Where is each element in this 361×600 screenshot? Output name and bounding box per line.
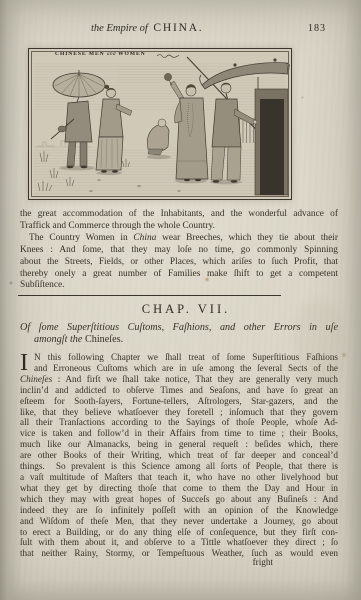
- text-line: and Wiſdom of theſe Men, that they never…: [20, 516, 338, 527]
- text-line: ſult with them about it, and obſerve to …: [20, 537, 338, 548]
- text-line: things. So prevalent is this Science amo…: [20, 461, 338, 472]
- sky-cloud-hatch: [117, 65, 209, 83]
- caption-text: CHINESE MEN: [55, 51, 107, 57]
- caption-text-2: WOMEN: [116, 51, 146, 57]
- text-line: much like our Almanacks, being in genera…: [20, 439, 338, 450]
- text-line: N this following Chapter we ſhall treat …: [20, 352, 338, 363]
- upper-paragraphs: the great accommodation of the Inhabitan…: [20, 209, 338, 292]
- chapter-heading: CHAP. VII.: [20, 302, 338, 317]
- engraving-caption: CHINESE MEN and WOMEN: [55, 51, 146, 57]
- text-line: to erect a Building, or do any thing elſ…: [20, 527, 338, 538]
- paper-stain: [301, 96, 304, 99]
- section-rule: [18, 295, 281, 296]
- text-line: Of ſome Superſtitious Cuſtoms, Faſhions,…: [20, 322, 338, 334]
- text-line: what they get by directing thoſe that co…: [20, 483, 338, 494]
- text-line: Chineſes : And firſt we ſhall take notic…: [20, 374, 338, 385]
- text-line: and Erroneous Cuſtoms which are in uſe a…: [20, 363, 338, 374]
- text-line: Knees : And ſome, that they may loſe no …: [20, 245, 338, 257]
- text-line: which they may with great hopes of Succe…: [20, 494, 338, 505]
- caption-and: and: [107, 51, 116, 57]
- text-line: Traffick and Commerce through the whole …: [20, 221, 338, 233]
- text-line: inclin’d and addicted to obſerve Times a…: [20, 385, 338, 396]
- catchword: fright: [180, 557, 273, 567]
- text-line: like, that they believe whatſoever they …: [20, 407, 338, 418]
- running-header-caps: CHINA.: [153, 22, 203, 34]
- text-line: vice is taken and follow’d in their Affa…: [20, 428, 338, 439]
- text-line: a vaſt multitude of Maſters that teach i…: [20, 472, 338, 483]
- engraving-plate: CHINESE MEN and WOMEN: [28, 48, 292, 200]
- paper-stain: [204, 277, 210, 282]
- chapter-title: Of ſome Superſtitious Cuſtoms, Faſhions,…: [20, 322, 338, 346]
- text-line: all their Tranſactions according to the …: [20, 417, 338, 428]
- paper-stain: [9, 281, 13, 285]
- main-paragraph: N this following Chapter we ſhall treat …: [20, 352, 338, 559]
- text-line: indeed they are ſo infinitely poſſeſt wi…: [20, 505, 338, 516]
- text-line: The Country Women in China wear Breeches…: [20, 233, 338, 245]
- running-header: the Empire of CHINA.: [91, 22, 203, 34]
- text-line: are other Books of their Writing, which …: [20, 450, 338, 461]
- text-line: Subſiſtence.: [20, 280, 338, 292]
- text-line: the great accommodation of the Inhabitan…: [20, 209, 338, 221]
- engraving-art: [29, 49, 290, 198]
- page-number: 183: [308, 23, 326, 34]
- text-line: amongſt the Chineſes.: [20, 334, 338, 346]
- text-line: thereby onely a great number of Families…: [20, 269, 338, 281]
- book-page: { "header": { "title_italic": "the Empir…: [0, 0, 361, 600]
- text-line: eſteem for Sooth-ſayers, Fortune-tellers…: [20, 396, 338, 407]
- gourd-icon: [164, 73, 171, 80]
- show-through-smudge: [296, 300, 344, 390]
- running-header-italic: the Empire of: [91, 23, 148, 34]
- text-line: that neither Rainy, Stormy, or Tempeſtuo…: [20, 548, 338, 559]
- text-line: about the Streets, Fields, or other Plac…: [20, 257, 338, 269]
